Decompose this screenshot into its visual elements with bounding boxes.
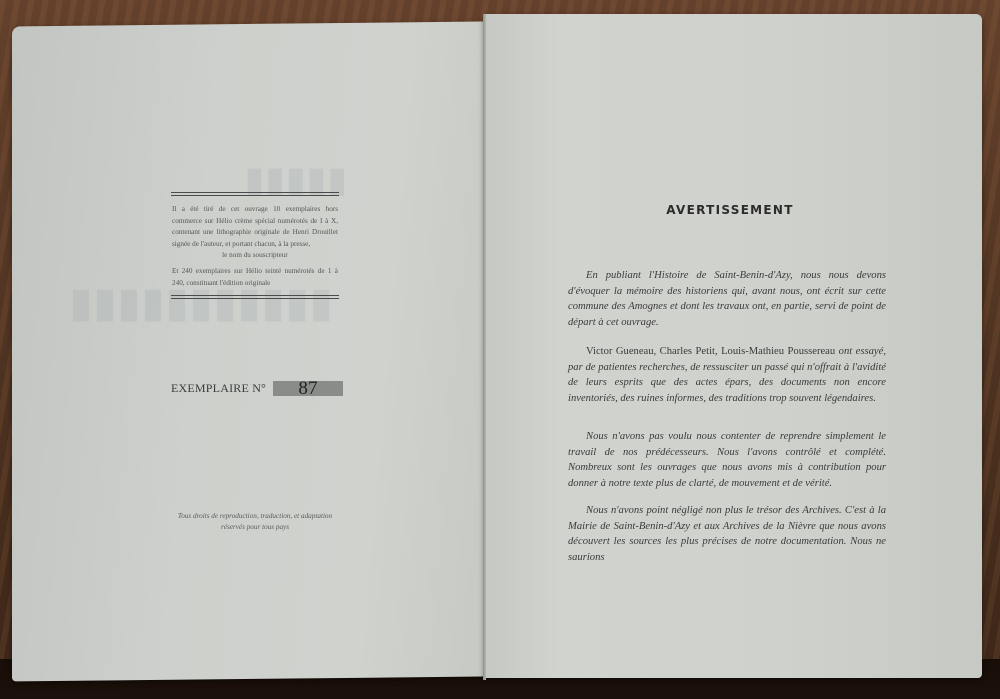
justification-block: Il a été tiré de cet ouvrage 10 exemplai…	[171, 192, 339, 299]
paragraph-3: Nous n'avons pas voulu nous contenter de…	[568, 429, 886, 491]
top-double-rule	[171, 192, 339, 196]
bottom-double-rule	[171, 295, 339, 299]
paragraph-1: En publiant l'Histoire de Saint-Benin-d'…	[568, 268, 886, 330]
historians-names: Victor Gueneau, Charles Petit, Louis-Mat…	[586, 346, 835, 357]
copy-number-label: EXEMPLAIRE N°	[171, 381, 266, 396]
paragraph-4: Nous n'avons point négligé non plus le t…	[568, 503, 886, 565]
page-title: AVERTISSEMENT	[640, 203, 820, 217]
rights-notice: Tous droits de reproduction, traduction,…	[140, 511, 370, 533]
copy-number-line: EXEMPLAIRE N° 87	[171, 381, 343, 396]
left-page	[12, 22, 484, 682]
justification-text: Il a été tiré de cet ouvrage 10 exemplai…	[172, 204, 338, 289]
justification-paragraph-1: Il a été tiré de cet ouvrage 10 exemplai…	[172, 204, 338, 262]
justification-paragraph-2: Et 240 exemplaires sur Hélio teinté numé…	[172, 266, 338, 289]
paragraph-2: Victor Gueneau, Charles Petit, Louis-Mat…	[568, 344, 886, 406]
copy-number-value: 87	[273, 381, 343, 396]
rights-line-2: réservés pour tous pays	[140, 522, 370, 533]
book-gutter	[483, 14, 486, 680]
rights-line-1: Tous droits de reproduction, traduction,…	[140, 511, 370, 522]
justification-last-line: le nom du souscripteur	[172, 250, 338, 262]
